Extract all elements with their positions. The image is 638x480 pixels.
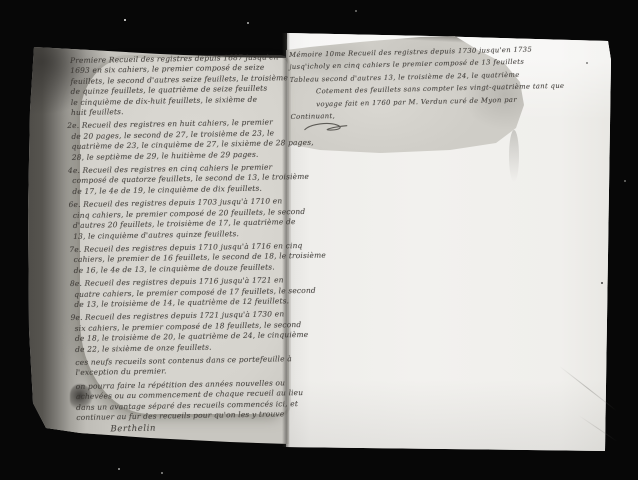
manuscript-text-block: Premiere Recueil des registres depuis 16… bbox=[70, 52, 297, 439]
fragment-stain-streak bbox=[509, 130, 519, 182]
manuscript-paragraph: 4e. Recueil des registres en cinq cahier… bbox=[72, 162, 293, 197]
manuscript-paragraph: Premiere Recueil des registres depuis 16… bbox=[70, 52, 291, 118]
manuscript-paragraph: 9e. Recueil des registres depuis 1721 ju… bbox=[74, 309, 295, 354]
manuscript-paragraph: 2e. Recueil des registres en huit cahier… bbox=[71, 118, 292, 163]
manuscript-paragraph: on pourra faire la répétition des années… bbox=[76, 378, 297, 436]
signature-word: Berthelin bbox=[110, 422, 296, 436]
manuscript-paragraph: 7e. Recueil des registres depuis 1710 ju… bbox=[73, 241, 294, 276]
scan-background: Mémoire 10me Recueil des registres depui… bbox=[0, 0, 638, 480]
manuscript-paragraph: 6e. Recueil des registres depuis 1703 ju… bbox=[73, 196, 294, 241]
manuscript-paragraph: 8e. Recueil des registres depuis 1716 ju… bbox=[74, 275, 295, 310]
signature-flourish-icon bbox=[303, 121, 349, 134]
manuscript-paragraph: ces neufs recueils sont contenus dans ce… bbox=[75, 354, 295, 379]
dust-specks bbox=[0, 0, 2, 2]
page-seam-shadow bbox=[282, 33, 290, 447]
fragment-text-block: Mémoire 10me Recueil des registres depui… bbox=[289, 43, 541, 138]
